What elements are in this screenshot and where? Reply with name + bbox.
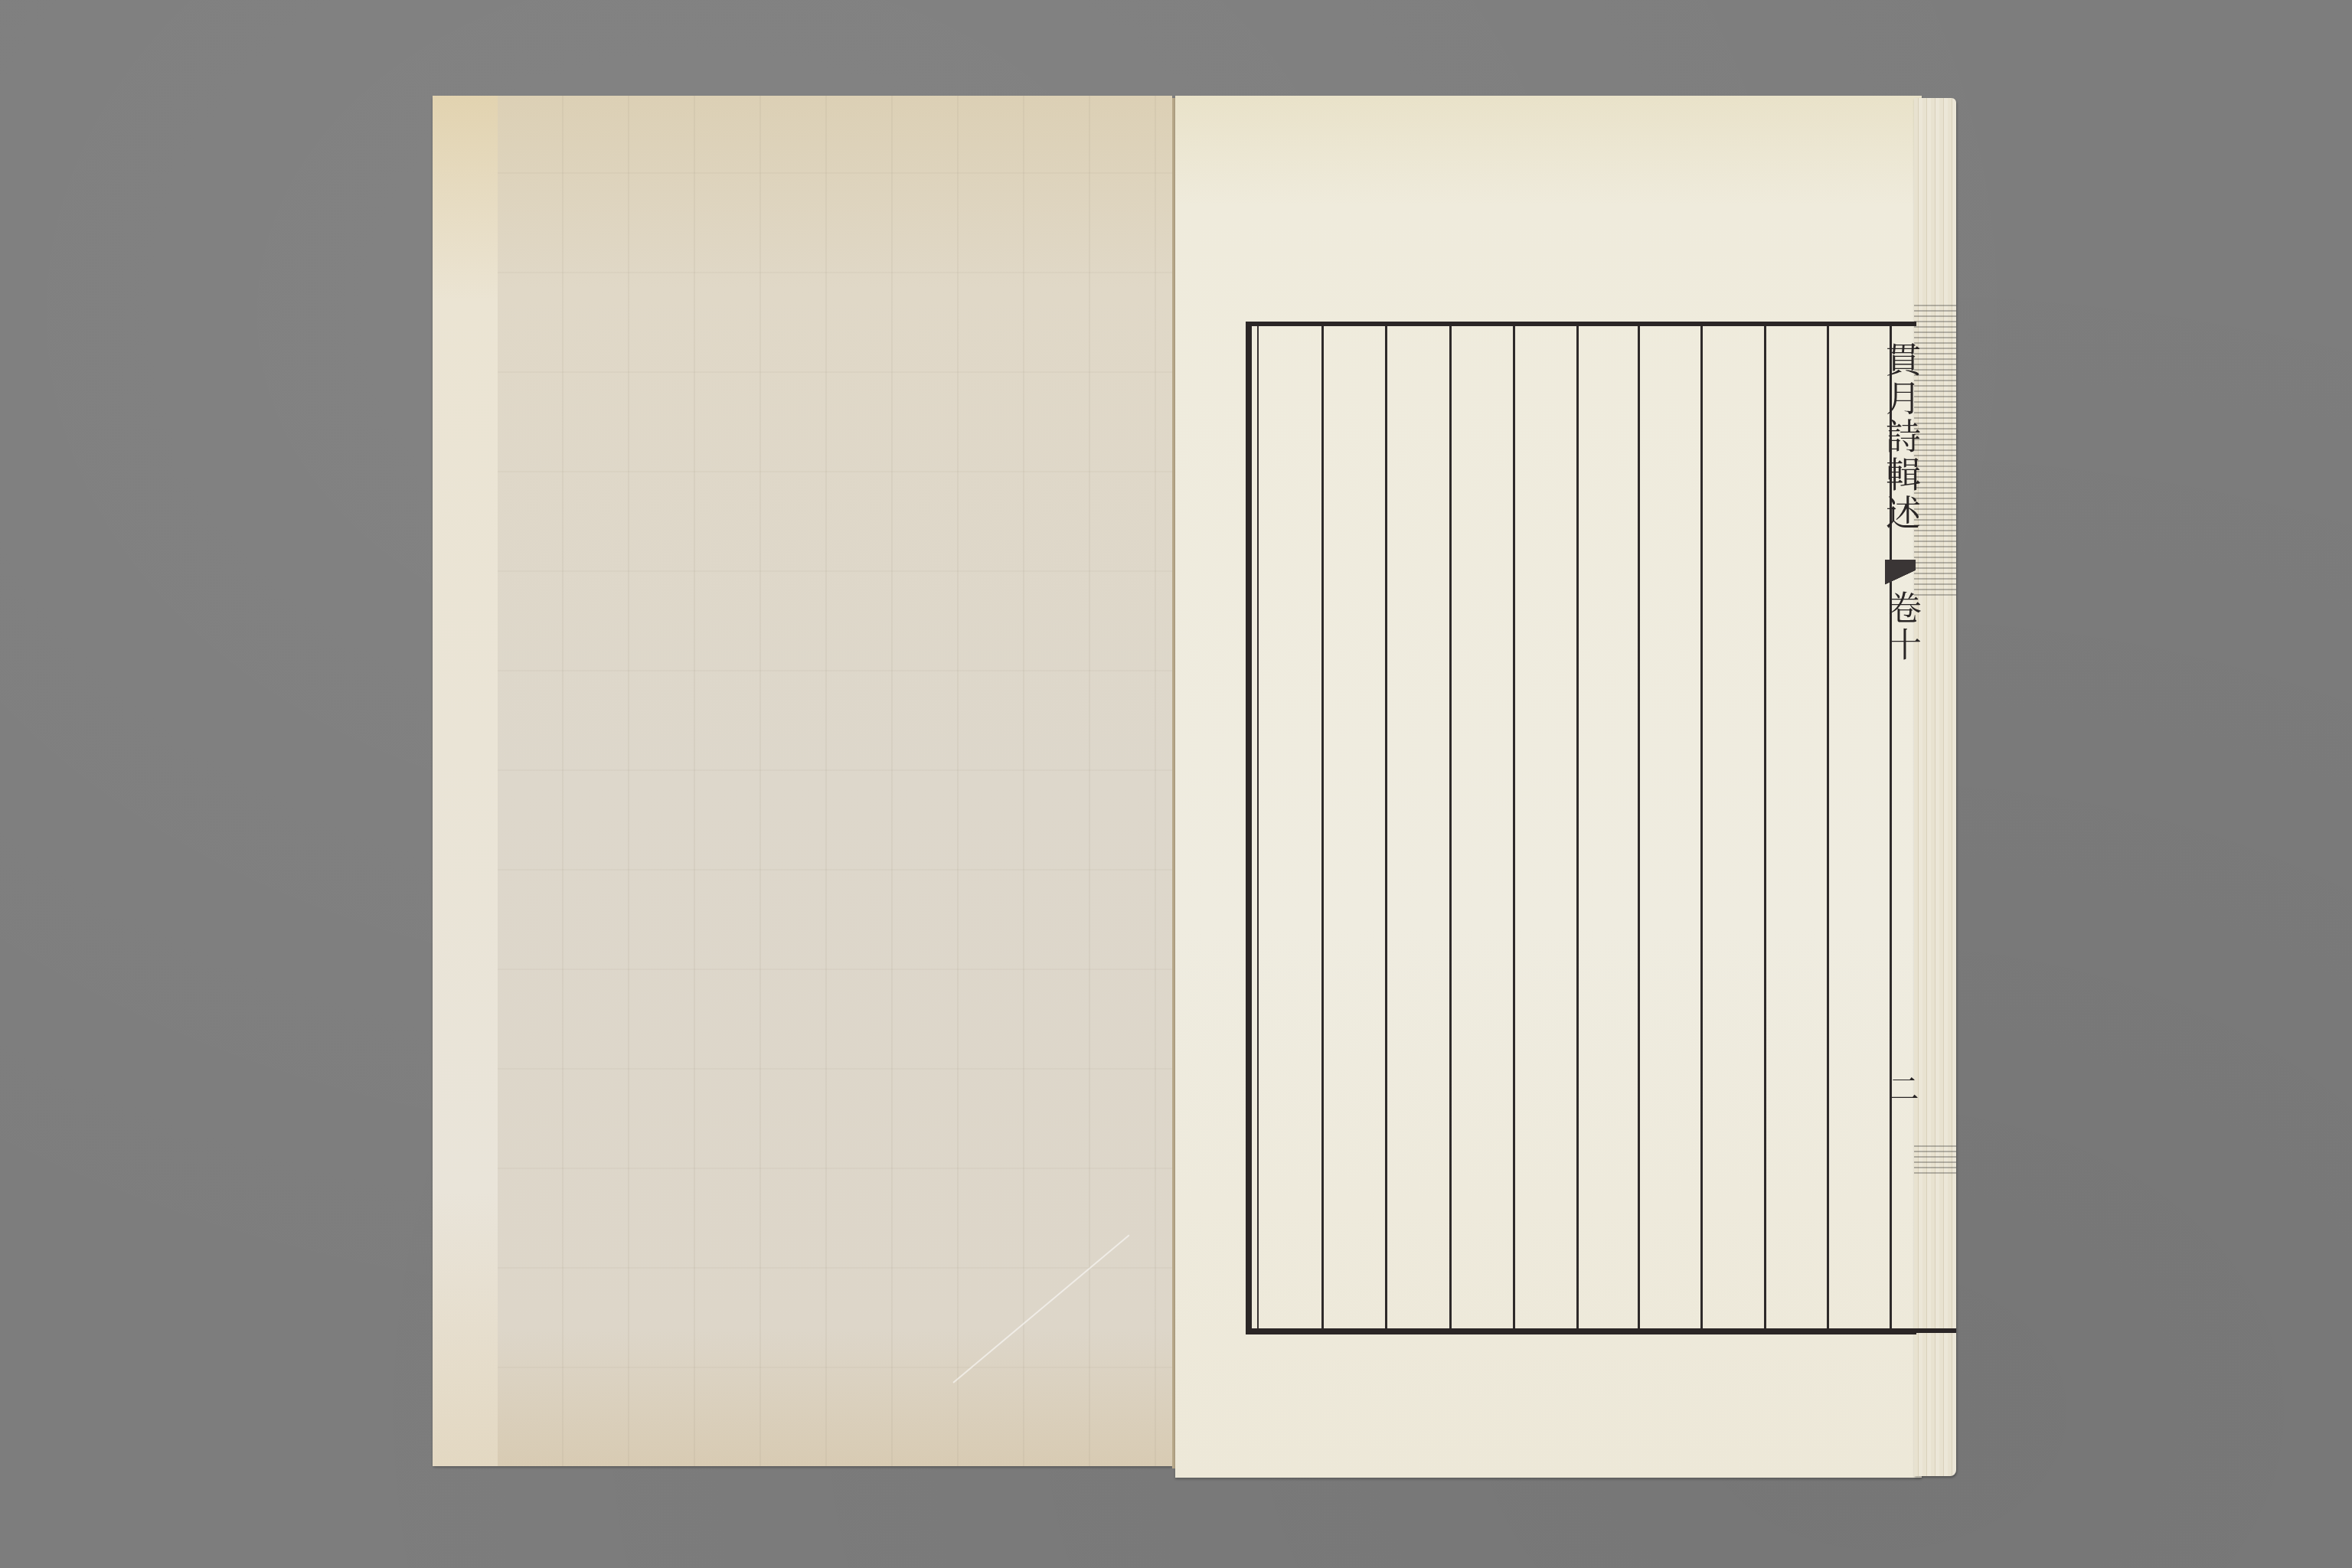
column-rule [1827, 326, 1829, 1328]
column-rule [1449, 326, 1452, 1328]
page-number: 二 [1885, 1073, 1917, 1103]
book-title: 貫月詩輯述 [1885, 341, 1917, 533]
column-rule [1700, 326, 1703, 1328]
column-rule [1321, 326, 1324, 1328]
fishtail-mark-icon [1885, 560, 1916, 590]
left-page-edge-strip [433, 96, 498, 1466]
open-book: 貫月詩輯述 卷十 二 [0, 0, 2352, 1568]
show-through-grid [498, 96, 1172, 1466]
column-rule [1385, 326, 1387, 1328]
column-rule [1576, 326, 1579, 1328]
fore-edge-ink-bleed-page [1914, 1143, 1956, 1174]
left-page [433, 96, 1172, 1466]
printed-frame [1246, 322, 1916, 1334]
column-rule [1513, 326, 1515, 1328]
frame-inner-rule [1257, 326, 1259, 1328]
fore-edge-page-stack [1914, 98, 1956, 1476]
fold-margin-banxin: 貫月詩輯述 卷十 二 [1885, 326, 1917, 1328]
column-rule [1764, 326, 1766, 1328]
volume-label: 卷十 [1885, 590, 1917, 664]
bottom-rule-extension [1916, 1328, 1956, 1333]
column-rule [1638, 326, 1640, 1328]
